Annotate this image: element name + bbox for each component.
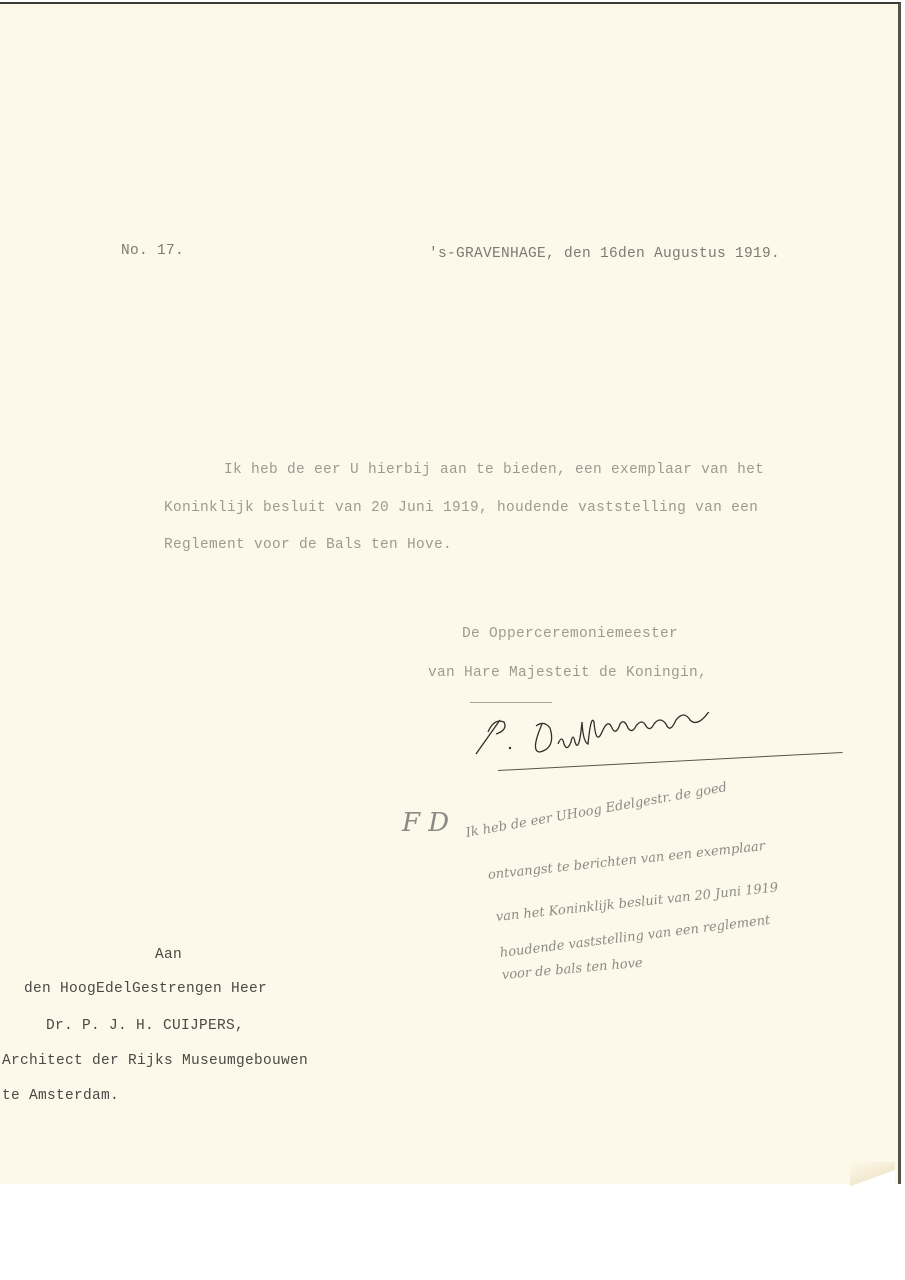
place-date: 's-GRAVENHAGE, den 16den Augustus 1919. [429, 246, 780, 262]
body-line-2: Koninklijk besluit van 20 Juni 1919, hou… [164, 500, 758, 516]
address-line-1: Aan [155, 947, 182, 963]
closing-title-line-1: De Opperceremoniemeester [462, 626, 678, 642]
address-line-5: te Amsterdam. [2, 1088, 119, 1104]
address-line-4: Architect der Rijks Museumgebouwen [2, 1053, 308, 1069]
address-line-2: den HoogEdelGestrengen Heer [24, 981, 267, 997]
signature-guide-line [470, 702, 552, 703]
body-line-3: Reglement voor de Bals ten Hove. [164, 537, 452, 553]
document-number: No. 17. [121, 243, 184, 259]
page-fold-corner [850, 1162, 895, 1186]
body-line-1: Ik heb de eer U hierbij aan te bieden, e… [224, 462, 764, 478]
address-line-3: Dr. P. J. H. CUIJPERS, [46, 1018, 244, 1034]
number-stamp-mark: ..... [145, 266, 149, 270]
closing-title-line-2: van Hare Majesteit de Koningin, [428, 665, 707, 681]
letter-paper [0, 2, 901, 1184]
pencil-initials: F D [402, 808, 449, 838]
signature-handwritten [470, 712, 820, 762]
